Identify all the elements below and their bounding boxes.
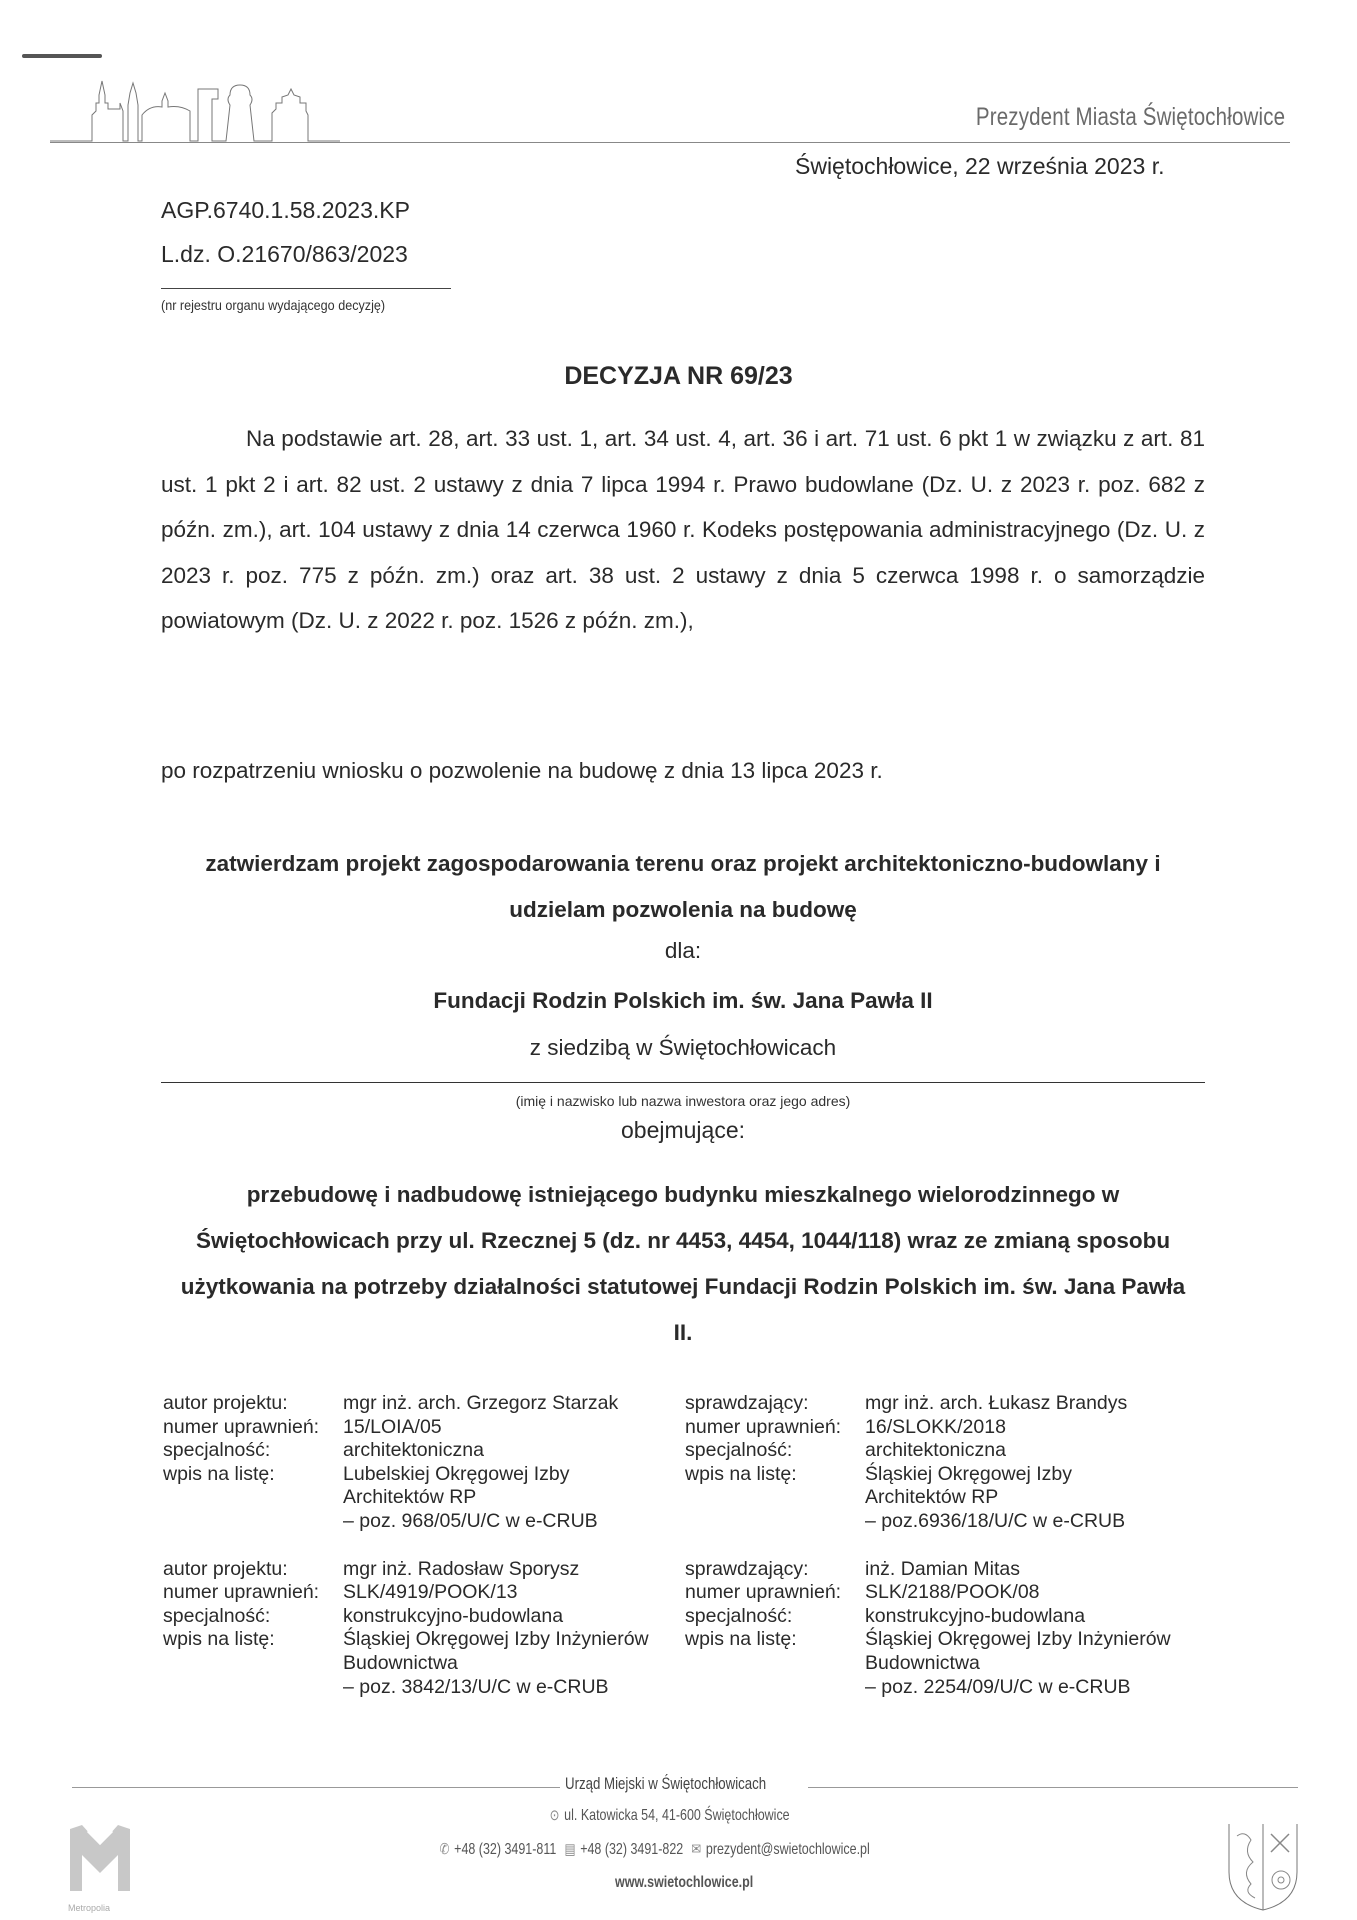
construction-scope: przebudowę i nadbudowę istniejącego budy… bbox=[161, 1172, 1205, 1356]
project-participants: autor projektu: mgr inż. arch. Grzegorz … bbox=[163, 1392, 1207, 1699]
reference-underline bbox=[161, 288, 451, 289]
license-number: SLK/4919/POOK/13 bbox=[343, 1581, 683, 1605]
specialty: konstrukcyjno-budowlana bbox=[343, 1605, 683, 1629]
reference-number: AGP.6740.1.58.2023.KP bbox=[161, 197, 410, 224]
registry: Lubelskiej Okręgowej Izby Architektów RP… bbox=[343, 1463, 683, 1534]
application-review: po rozpatrzeniu wniosku o pozwolenie na … bbox=[161, 758, 883, 784]
registry-label: wpis na listę: bbox=[685, 1463, 865, 1534]
registry: Śląskiej Okręgowej Izby Inżynierów Budow… bbox=[865, 1628, 1205, 1699]
for-label: dla: bbox=[161, 938, 1205, 964]
footer-address: ⊙ul. Katowicka 54, 41-600 Świętochłowice bbox=[545, 1806, 790, 1825]
license-label: numer uprawnień: bbox=[685, 1581, 865, 1605]
participant-name: mgr inż. arch. Łukasz Brandys bbox=[865, 1392, 1205, 1416]
license-label: numer uprawnień: bbox=[163, 1416, 343, 1440]
specialty-label: specjalność: bbox=[685, 1439, 865, 1463]
role-label: autor projektu: bbox=[163, 1392, 343, 1416]
specialty: konstrukcyjno-budowlana bbox=[865, 1605, 1205, 1629]
scan-artifact bbox=[22, 54, 102, 58]
approval-statement: zatwierdzam projekt zagospodarowania ter… bbox=[161, 841, 1205, 933]
footer-contact: ✆+48 (32) 3491-811 ▤+48 (32) 3491-822 ✉p… bbox=[435, 1840, 870, 1859]
participant-name: mgr inż. Radosław Sporysz bbox=[343, 1558, 683, 1582]
participant-block: sprawdzający: mgr inż. arch. Łukasz Bran… bbox=[685, 1392, 1207, 1534]
location-pin-icon: ⊙ bbox=[550, 1806, 560, 1824]
address-text: ul. Katowicka 54, 41-600 Świętochłowice bbox=[564, 1807, 789, 1824]
license-number: SLK/2188/POOK/08 bbox=[865, 1581, 1205, 1605]
participant-block: autor projektu: mgr inż. Radosław Sporys… bbox=[163, 1558, 685, 1700]
journal-number: L.dz. O.21670/863/2023 bbox=[161, 241, 408, 268]
license-label: numer uprawnień: bbox=[163, 1581, 343, 1605]
license-number: 15/LOIA/05 bbox=[343, 1416, 683, 1440]
specialty-label: specjalność: bbox=[685, 1605, 865, 1629]
email-icon: ✉ bbox=[691, 1840, 701, 1858]
registry-label: wpis na listę: bbox=[163, 1463, 343, 1534]
investor-name: Fundacji Rodzin Polskich im. św. Jana Pa… bbox=[161, 988, 1205, 1014]
fax-icon: ▤ bbox=[564, 1840, 575, 1858]
metropolia-label: Metropolia bbox=[68, 1903, 110, 1913]
decision-title: DECYZJA NR 69/23 bbox=[0, 362, 1357, 391]
phone-number: +48 (32) 3491-811 bbox=[454, 1841, 556, 1858]
city-skyline-logo bbox=[50, 75, 340, 145]
participant-block: autor projektu: mgr inż. arch. Grzegorz … bbox=[163, 1392, 685, 1534]
specialty-label: specjalność: bbox=[163, 1605, 343, 1629]
footer-divider-right bbox=[808, 1787, 1298, 1788]
footer-website[interactable]: www.swietochlowice.pl bbox=[615, 1874, 753, 1892]
phone-icon: ✆ bbox=[440, 1840, 450, 1858]
role-label: autor projektu: bbox=[163, 1558, 343, 1582]
registry: Śląskiej Okręgowej Izby Inżynierów Budow… bbox=[343, 1628, 683, 1699]
license-label: numer uprawnień: bbox=[685, 1416, 865, 1440]
specialty: architektoniczna bbox=[343, 1439, 683, 1463]
fax-number: +48 (32) 3491-822 bbox=[580, 1841, 683, 1858]
registry-label: wpis na listę: bbox=[685, 1628, 865, 1699]
role-label: sprawdzający: bbox=[685, 1392, 865, 1416]
investor-underline bbox=[161, 1082, 1205, 1083]
email-address[interactable]: prezydent@swietochlowice.pl bbox=[706, 1841, 870, 1858]
footer-office: Urząd Miejski w Świętochłowicach bbox=[565, 1774, 766, 1794]
participant-block: sprawdzający: inż. Damian Mitas numer up… bbox=[685, 1558, 1207, 1700]
issuer-name: Prezydent Miasta Świętochłowice bbox=[976, 103, 1285, 132]
investor-caption: (imię i nazwisko lub nazwa inwestora ora… bbox=[161, 1093, 1205, 1109]
license-number: 16/SLOKK/2018 bbox=[865, 1416, 1205, 1440]
specialty-label: specjalność: bbox=[163, 1439, 343, 1463]
place-date: Świętochłowice, 22 września 2023 r. bbox=[795, 153, 1164, 180]
reference-caption: (nr rejestru organu wydającego decyzję) bbox=[161, 297, 385, 313]
registry: Śląskiej Okręgowej Izby Architektów RP –… bbox=[865, 1463, 1205, 1534]
header-divider bbox=[50, 142, 1290, 143]
covering-label: obejmujące: bbox=[161, 1117, 1205, 1144]
registry-label: wpis na listę: bbox=[163, 1628, 343, 1699]
coat-of-arms-icon bbox=[1225, 1822, 1301, 1912]
footer-divider-left bbox=[72, 1787, 560, 1788]
role-label: sprawdzający: bbox=[685, 1558, 865, 1582]
investor-seat: z siedzibą w Świętochłowicach bbox=[161, 1035, 1205, 1061]
legal-basis: Na podstawie art. 28, art. 33 ust. 1, ar… bbox=[161, 416, 1205, 644]
participant-name: mgr inż. arch. Grzegorz Starzak bbox=[343, 1392, 683, 1416]
specialty: architektoniczna bbox=[865, 1439, 1205, 1463]
participant-name: inż. Damian Mitas bbox=[865, 1558, 1205, 1582]
metropolia-logo bbox=[68, 1825, 132, 1895]
